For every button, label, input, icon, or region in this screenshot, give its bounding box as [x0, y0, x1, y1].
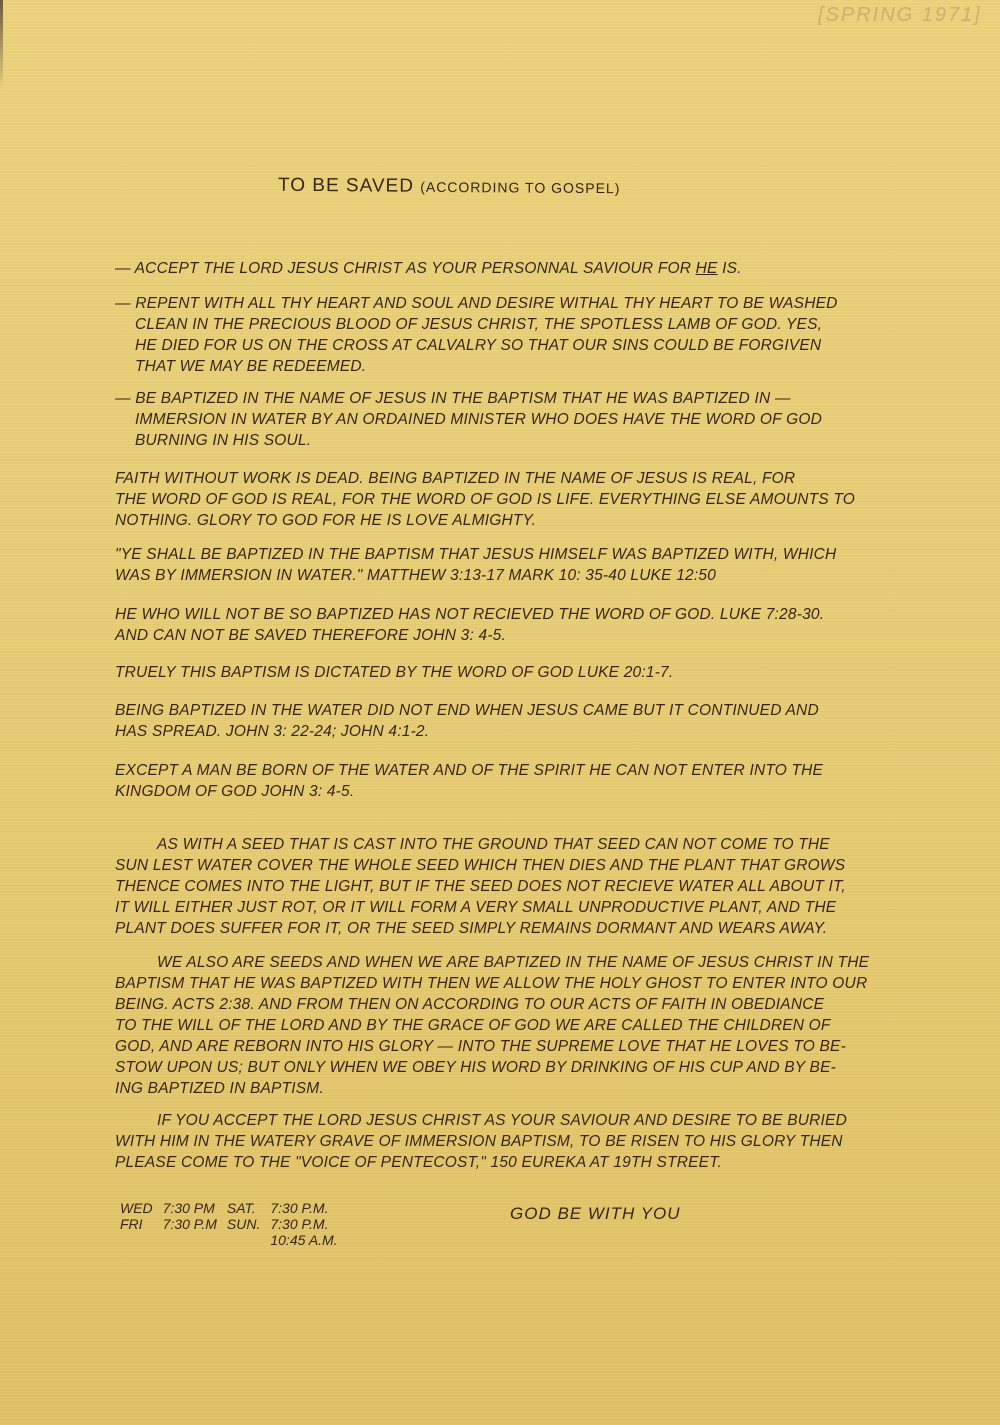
- bullet-accept: — ACCEPT THE LORD JESUS CHRIST AS YOUR P…: [115, 258, 915, 279]
- text-line: — REPENT WITH ALL THY HEART AND SOUL AND…: [115, 293, 915, 314]
- text-line: THE WORD OF GOD IS REAL, FOR THE WORD OF…: [115, 489, 915, 510]
- schedule-day: SAT.: [227, 1200, 270, 1216]
- closing-blessing: GOD BE WITH YOU: [510, 1204, 681, 1224]
- text-line: WAS BY IMMERSION IN WATER." MATTHEW 3:13…: [115, 565, 915, 586]
- text-line: AND CAN NOT BE SAVED THEREFORE JOHN 3: 4…: [115, 625, 915, 646]
- schedule-time: 7:30 P.M.: [270, 1216, 347, 1232]
- schedule-time: 10:45 A.M.: [270, 1232, 347, 1248]
- text-line: — BE BAPTIZED IN THE NAME OF JESUS IN TH…: [115, 388, 915, 409]
- page-title: TO BE SAVED (ACCORDING TO GOSPEL): [278, 175, 621, 199]
- schedule-row: 10:45 A.M.: [120, 1232, 348, 1248]
- text-line: KINGDOM OF GOD JOHN 3: 4-5.: [115, 781, 915, 802]
- text-span: — ACCEPT THE LORD JESUS CHRIST AS YOUR P…: [115, 260, 696, 277]
- schedule-day: FRI: [120, 1216, 163, 1232]
- text-line: — ACCEPT THE LORD JESUS CHRIST AS YOUR P…: [115, 258, 915, 279]
- text-line: ING BAPTIZED IN BAPTISM.: [115, 1078, 915, 1099]
- schedule-time: [163, 1232, 227, 1248]
- text-line: WE ALSO ARE SEEDS AND WHEN WE ARE BAPTIZ…: [115, 952, 915, 973]
- text-line: IT WILL EITHER JUST ROT, OR IT WILL FORM…: [115, 897, 915, 918]
- text-line: BURNING IN HIS SOUL.: [115, 430, 915, 451]
- text-line: PLANT DOES SUFFER FOR IT, OR THE SEED SI…: [115, 918, 915, 939]
- text-line: GOD, AND ARE REBORN INTO HIS GLORY — INT…: [115, 1036, 915, 1057]
- schedule-day: SUN.: [227, 1216, 270, 1232]
- paragraph-continued: BEING BAPTIZED IN THE WATER DID NOT END …: [115, 700, 915, 742]
- text-line: HAS SPREAD. JOHN 3: 22-24; JOHN 4:1-2.: [115, 721, 915, 742]
- paragraph-faith: FAITH WITHOUT WORK IS DEAD. BEING BAPTIZ…: [115, 468, 915, 531]
- bullet-repent: — REPENT WITH ALL THY HEART AND SOUL AND…: [115, 293, 915, 377]
- text-line: TRUELY THIS BAPTISM IS DICTATED BY THE W…: [115, 662, 915, 683]
- text-line: BEING BAPTIZED IN THE WATER DID NOT END …: [115, 700, 915, 721]
- text-line: PLEASE COME TO THE "VOICE OF PENTECOST,"…: [115, 1152, 915, 1173]
- paragraph-invitation: IF YOU ACCEPT THE LORD JESUS CHRIST AS Y…: [115, 1110, 915, 1173]
- underlined-he: HE: [696, 260, 718, 277]
- text-line: THAT WE MAY BE REDEEMED.: [115, 356, 915, 377]
- paragraph-truely: TRUELY THIS BAPTISM IS DICTATED BY THE W…: [115, 662, 915, 683]
- schedule-row: FRI 7:30 P.M SUN. 7:30 P.M.: [120, 1216, 348, 1232]
- paragraph-seed: AS WITH A SEED THAT IS CAST INTO THE GRO…: [115, 834, 915, 939]
- text-line: "YE SHALL BE BAPTIZED IN THE BAPTISM THA…: [115, 544, 915, 565]
- paragraph-quote: "YE SHALL BE BAPTIZED IN THE BAPTISM THA…: [115, 544, 915, 586]
- handwritten-page: [SPRING 1971] TO BE SAVED (ACCORDING TO …: [0, 0, 1000, 1425]
- text-span: IS.: [718, 260, 742, 277]
- text-line: TO THE WILL OF THE LORD AND BY THE GRACE…: [115, 1015, 915, 1036]
- paragraph-we-are-seeds: WE ALSO ARE SEEDS AND WHEN WE ARE BAPTIZ…: [115, 952, 915, 1099]
- paragraph-born-of-water: EXCEPT A MAN BE BORN OF THE WATER AND OF…: [115, 760, 915, 802]
- text-line: FAITH WITHOUT WORK IS DEAD. BEING BAPTIZ…: [115, 468, 915, 489]
- text-line: THENCE COMES INTO THE LIGHT, BUT IF THE …: [115, 876, 915, 897]
- schedule-table: WED 7:30 PM SAT. 7:30 P.M. FRI 7:30 P.M …: [120, 1200, 348, 1248]
- date-stamp: [SPRING 1971]: [818, 4, 982, 27]
- text-line: AS WITH A SEED THAT IS CAST INTO THE GRO…: [115, 834, 915, 855]
- text-line: BAPTISM THAT HE WAS BAPTIZED WITH THEN W…: [115, 973, 915, 994]
- schedule-time: 7:30 P.M: [163, 1216, 227, 1232]
- text-line: CLEAN IN THE PRECIOUS BLOOD OF JESUS CHR…: [115, 314, 915, 335]
- text-line: STOW UPON US; BUT ONLY WHEN WE OBEY HIS …: [115, 1057, 915, 1078]
- text-line: EXCEPT A MAN BE BORN OF THE WATER AND OF…: [115, 760, 915, 781]
- text-line: IF YOU ACCEPT THE LORD JESUS CHRIST AS Y…: [115, 1110, 915, 1131]
- service-schedule: WED 7:30 PM SAT. 7:30 P.M. FRI 7:30 P.M …: [120, 1200, 348, 1248]
- schedule-day: WED: [120, 1200, 163, 1216]
- schedule-time: 7:30 P.M.: [270, 1200, 347, 1216]
- text-line: HE WHO WILL NOT BE SO BAPTIZED HAS NOT R…: [115, 604, 915, 625]
- text-line: HE DIED FOR US ON THE CROSS AT CALVALRY …: [115, 335, 915, 356]
- schedule-day: [120, 1232, 163, 1248]
- title-main: TO BE SAVED: [278, 175, 414, 197]
- title-subtitle: (ACCORDING TO GOSPEL): [420, 179, 620, 196]
- text-line: WITH HIM IN THE WATERY GRAVE OF IMMERSIO…: [115, 1131, 915, 1152]
- text-line: NOTHING. GLORY TO GOD FOR HE IS LOVE ALM…: [115, 510, 915, 531]
- text-line: SUN LEST WATER COVER THE WHOLE SEED WHIC…: [115, 855, 915, 876]
- text-line: IMMERSION IN WATER BY AN ORDAINED MINIST…: [115, 409, 915, 430]
- bullet-baptized: — BE BAPTIZED IN THE NAME OF JESUS IN TH…: [115, 388, 915, 451]
- page-edge-shadow: [0, 0, 3, 90]
- text-line: BEING. ACTS 2:38. AND FROM THEN ON ACCOR…: [115, 994, 915, 1015]
- paragraph-not-baptized: HE WHO WILL NOT BE SO BAPTIZED HAS NOT R…: [115, 604, 915, 646]
- schedule-time: 7:30 PM: [163, 1200, 227, 1216]
- schedule-day: [227, 1232, 270, 1248]
- schedule-row: WED 7:30 PM SAT. 7:30 P.M.: [120, 1200, 348, 1216]
